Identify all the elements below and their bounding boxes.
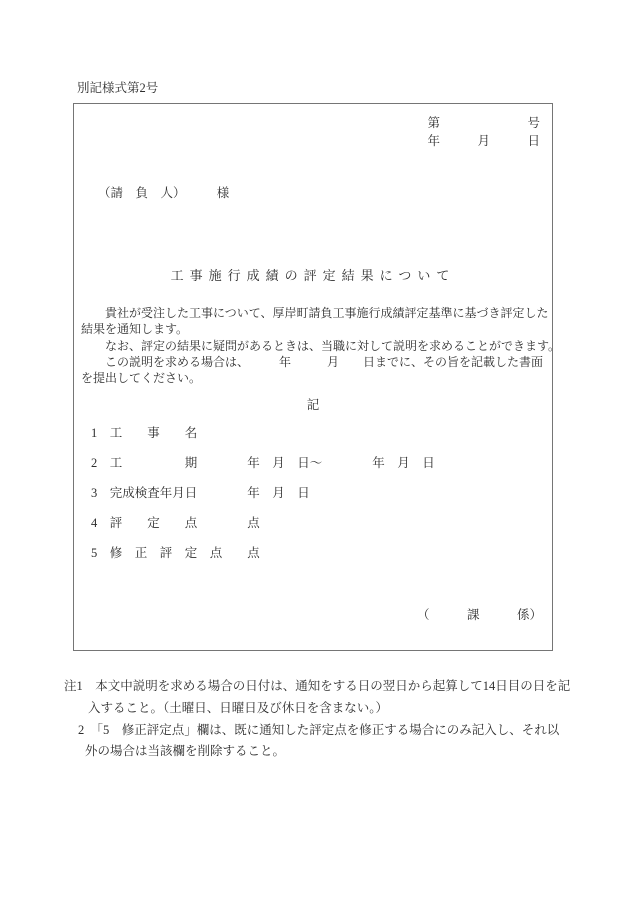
body-line-3: なお、評定の結果に疑問があるときは、当職に対して説明を求めることができます。 bbox=[81, 338, 547, 354]
notice-document-box: 第 号 年 月 日 （請 負 人） 様 工事施行成績の評定結果について 貴社が受… bbox=[73, 103, 553, 651]
document-page: 別記様式第2号 第 号 年 月 日 （請 負 人） 様 工事施行成績の評定結果に… bbox=[0, 0, 630, 903]
document-date-line: 年 月 日 bbox=[427, 132, 540, 150]
note-line-4: 外の場合は当該欄を削除すること。 bbox=[85, 741, 285, 759]
document-number-line: 第 号 bbox=[427, 114, 540, 132]
body-line-5: を提出してください。 bbox=[81, 370, 547, 386]
addressee-line: （請 負 人） 様 bbox=[98, 183, 229, 201]
body-line-2: 結果を通知します。 bbox=[81, 321, 547, 337]
record-marker: 記 bbox=[74, 395, 552, 413]
item-row-construction-period: 2 工 期 年 月 日～ 年 月 日 bbox=[91, 448, 435, 478]
item-row-completion-inspection-date: 3 完成検査年月日 年 月 日 bbox=[91, 478, 435, 508]
note-line-1: 注1 本文中説明を求める場合の日付は、通知をする日の翌日から起算して14日目の日… bbox=[64, 676, 570, 694]
item-list: 1 工 事 名 2 工 期 年 月 日～ 年 月 日 3 完成検査年月日 年 月… bbox=[91, 418, 435, 568]
item-row-construction-name: 1 工 事 名 bbox=[91, 418, 435, 448]
body-line-4: この説明を求める場合は、 年 月 日までに、その旨を記載した書面 bbox=[81, 354, 547, 370]
document-header-right: 第 号 年 月 日 bbox=[427, 114, 540, 150]
document-title: 工事施行成績の評定結果について bbox=[74, 265, 552, 284]
body-paragraph: 貴社が受注した工事について、厚岸町請負工事施行成績評定基準に基づき評定した 結果… bbox=[81, 305, 547, 386]
form-number-label: 別記様式第2号 bbox=[77, 78, 158, 96]
item-row-evaluation-score: 4 評 定 点 点 bbox=[91, 508, 435, 538]
body-line-1: 貴社が受注した工事について、厚岸町請負工事施行成績評定基準に基づき評定した bbox=[81, 305, 547, 321]
section-signature-line: （ 課 係） bbox=[417, 605, 542, 623]
item-row-revised-evaluation-score: 5 修 正 評 定 点 点 bbox=[91, 538, 435, 568]
note-line-2: 入すること。（土曜日、日曜日及び休日を含まない。） bbox=[88, 698, 388, 716]
note-line-3: 2 「5 修正評定点」欄は、既に通知した評定点を修正する場合にのみ記入し、それ以 bbox=[78, 720, 559, 738]
